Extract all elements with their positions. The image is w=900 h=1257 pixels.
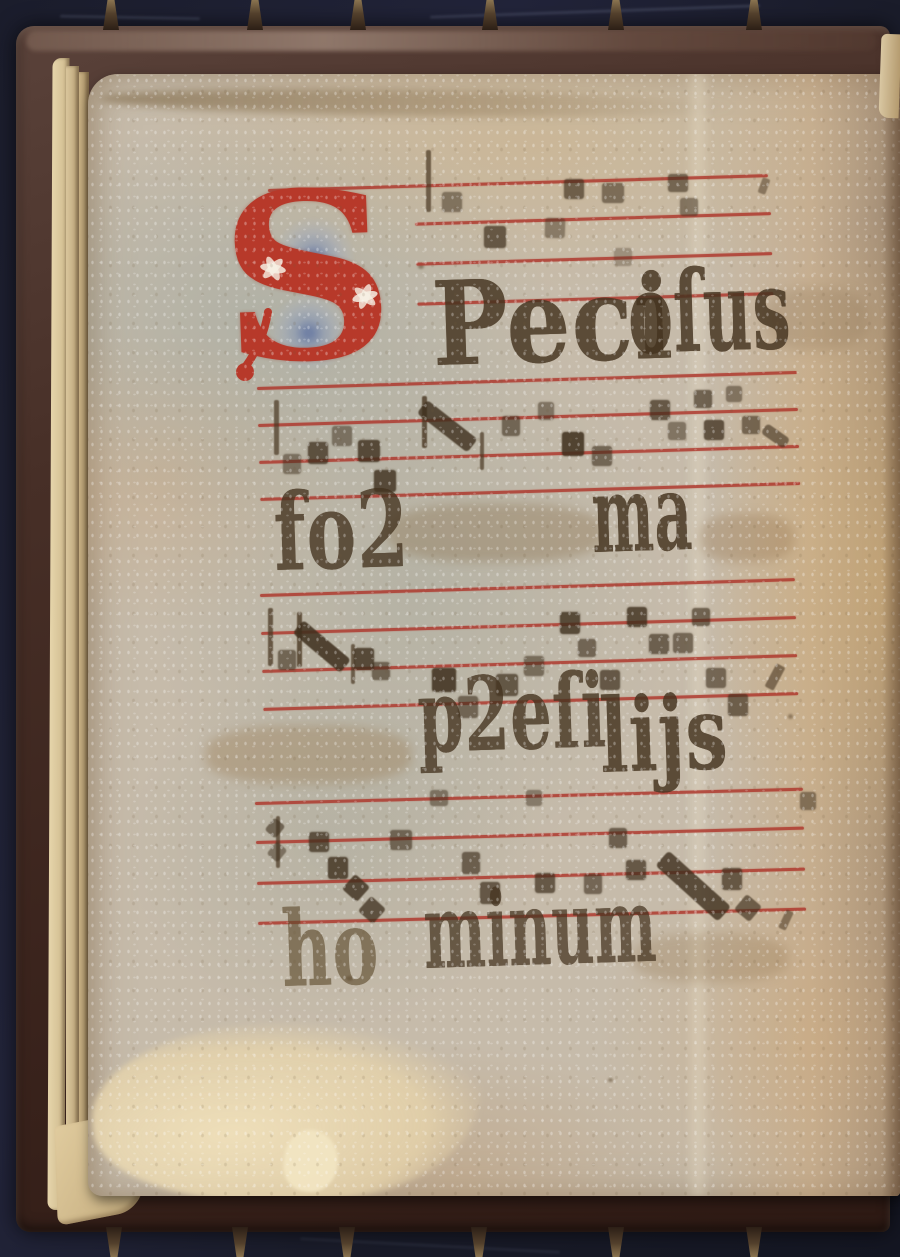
stand-peg-top	[350, 0, 366, 30]
stand-peg-top	[103, 0, 119, 30]
chalk-scratch	[60, 15, 200, 20]
chalk-scratch	[430, 4, 760, 19]
parchment-speckle	[88, 74, 900, 1196]
chalk-scratch	[300, 1237, 560, 1254]
gutter-shadow	[882, 74, 900, 1196]
facing-page-edge	[879, 34, 900, 119]
stand-peg-bottom	[746, 1227, 762, 1257]
stand-peg-top	[482, 0, 498, 30]
stand-peg-top	[247, 0, 263, 30]
stand-peg-bottom	[608, 1227, 624, 1257]
vellum-page: S Peci oſus fo2 ma p2eſi lijs ho minum	[88, 74, 900, 1196]
page-stack-edge	[66, 66, 79, 1206]
stand-peg-bottom	[471, 1227, 487, 1257]
stand-peg-top	[608, 0, 624, 30]
stand-peg-bottom	[339, 1227, 355, 1257]
stand-peg-bottom	[106, 1227, 122, 1257]
photo-scene: S Peci oſus fo2 ma p2eſi lijs ho minum	[0, 0, 900, 1257]
stand-peg-bottom	[232, 1227, 248, 1257]
